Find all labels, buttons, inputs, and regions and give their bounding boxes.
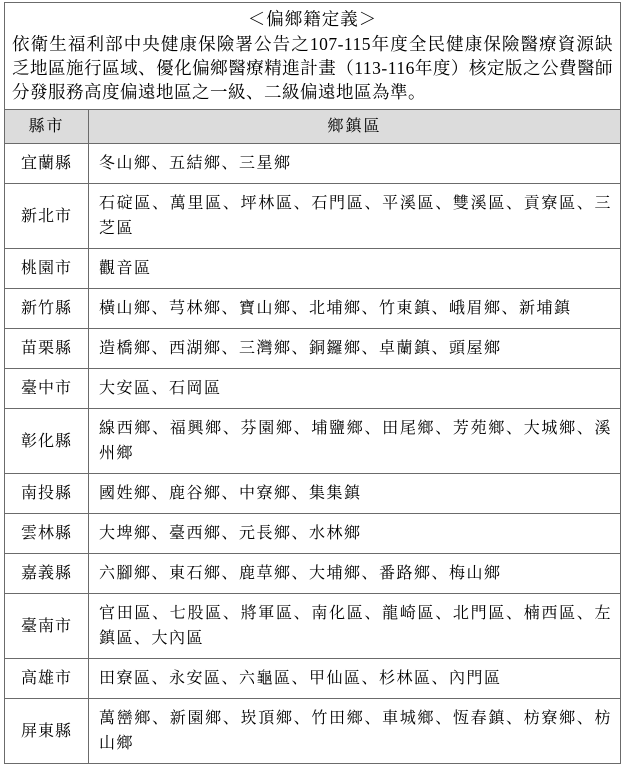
table-row-taoyuan: 桃園市 觀音區 — [5, 249, 621, 289]
township-list: 冬山鄉、五結鄉、三星鄉 — [89, 144, 621, 184]
township-list: 田寮區、永安區、六龜區、甲仙區、杉林區、內門區 — [89, 659, 621, 699]
county-name: 屏東縣 — [5, 699, 89, 764]
table-row-miaoli: 苗栗縣 造橋鄉、西湖鄉、三灣鄉、銅鑼鄉、卓蘭鎮、頭屋鄉 — [5, 329, 621, 369]
county-name: 宜蘭縣 — [5, 144, 89, 184]
table-row-yunlin: 雲林縣 大埤鄉、臺西鄉、元長鄉、水林鄉 — [5, 514, 621, 554]
county-name: 南投縣 — [5, 474, 89, 514]
county-name: 新竹縣 — [5, 289, 89, 329]
county-name: 臺南市 — [5, 594, 89, 659]
county-name: 嘉義縣 — [5, 554, 89, 594]
township-list: 大安區、石岡區 — [89, 369, 621, 409]
definition-intro-row: ＜偏鄉籍定義＞ 依衛生福利部中央健康保險署公告之107-115年度全民健康保險醫… — [5, 3, 621, 110]
township-list: 線西鄉、福興鄉、芬園鄉、埔鹽鄉、田尾鄉、芳苑鄉、大城鄉、溪州鄉 — [89, 409, 621, 474]
county-name: 臺中市 — [5, 369, 89, 409]
table-row-pingtung: 屏東縣 萬巒鄉、新園鄉、崁頂鄉、竹田鄉、車城鄉、恆春鎮、枋寮鄉、枋山鄉 — [5, 699, 621, 764]
township-list: 萬巒鄉、新園鄉、崁頂鄉、竹田鄉、車城鄉、恆春鎮、枋寮鄉、枋山鄉 — [89, 699, 621, 764]
township-list: 官田區、七股區、將軍區、南化區、龍崎區、北門區、楠西區、左鎮區、大內區 — [89, 594, 621, 659]
county-name: 彰化縣 — [5, 409, 89, 474]
township-list: 六腳鄉、東石鄉、鹿草鄉、大埔鄉、番路鄉、梅山鄉 — [89, 554, 621, 594]
county-name: 高雄市 — [5, 659, 89, 699]
table-row-tainan: 臺南市 官田區、七股區、將軍區、南化區、龍崎區、北門區、楠西區、左鎮區、大內區 — [5, 594, 621, 659]
county-name: 苗栗縣 — [5, 329, 89, 369]
table-row-chiayi: 嘉義縣 六腳鄉、東石鄉、鹿草鄉、大埔鄉、番路鄉、梅山鄉 — [5, 554, 621, 594]
table-row-yilan: 宜蘭縣 冬山鄉、五結鄉、三星鄉 — [5, 144, 621, 184]
township-list: 石碇區、萬里區、坪林區、石門區、平溪區、雙溪區、貢寮區、三芝區 — [89, 184, 621, 249]
township-list: 橫山鄉、芎林鄉、寶山鄉、北埔鄉、竹東鎮、峨眉鄉、新埔鎮 — [89, 289, 621, 329]
county-name: 桃園市 — [5, 249, 89, 289]
remote-township-definition-table: ＜偏鄉籍定義＞ 依衛生福利部中央健康保險署公告之107-115年度全民健康保險醫… — [4, 2, 621, 764]
intro-paragraph: 依衛生福利部中央健康保險署公告之107-115年度全民健康保險醫療資源缺乏地區施… — [12, 32, 613, 104]
township-list: 造橋鄉、西湖鄉、三灣鄉、銅鑼鄉、卓蘭鎮、頭屋鄉 — [89, 329, 621, 369]
definition-intro-cell: ＜偏鄉籍定義＞ 依衛生福利部中央健康保險署公告之107-115年度全民健康保險醫… — [5, 3, 621, 110]
table-row-kaohsiung: 高雄市 田寮區、永安區、六龜區、甲仙區、杉林區、內門區 — [5, 659, 621, 699]
county-name: 新北市 — [5, 184, 89, 249]
table-row-hsinchu: 新竹縣 橫山鄉、芎林鄉、寶山鄉、北埔鄉、竹東鎮、峨眉鄉、新埔鎮 — [5, 289, 621, 329]
table-row-changhua: 彰化縣 線西鄉、福興鄉、芬園鄉、埔鹽鄉、田尾鄉、芳苑鄉、大城鄉、溪州鄉 — [5, 409, 621, 474]
county-name: 雲林縣 — [5, 514, 89, 554]
table-header-row: 縣市 鄉鎮區 — [5, 110, 621, 144]
table-row-taichung: 臺中市 大安區、石岡區 — [5, 369, 621, 409]
column-header-townships: 鄉鎮區 — [89, 110, 621, 144]
township-list: 國姓鄉、鹿谷鄉、中寮鄉、集集鎮 — [89, 474, 621, 514]
page-title: ＜偏鄉籍定義＞ — [12, 6, 613, 32]
table-row-newtaipei: 新北市 石碇區、萬里區、坪林區、石門區、平溪區、雙溪區、貢寮區、三芝區 — [5, 184, 621, 249]
document-page: ＜偏鄉籍定義＞ 依衛生福利部中央健康保險署公告之107-115年度全民健康保險醫… — [4, 2, 622, 764]
table-row-nantou: 南投縣 國姓鄉、鹿谷鄉、中寮鄉、集集鎮 — [5, 474, 621, 514]
township-list: 大埤鄉、臺西鄉、元長鄉、水林鄉 — [89, 514, 621, 554]
township-list: 觀音區 — [89, 249, 621, 289]
column-header-county: 縣市 — [5, 110, 89, 144]
